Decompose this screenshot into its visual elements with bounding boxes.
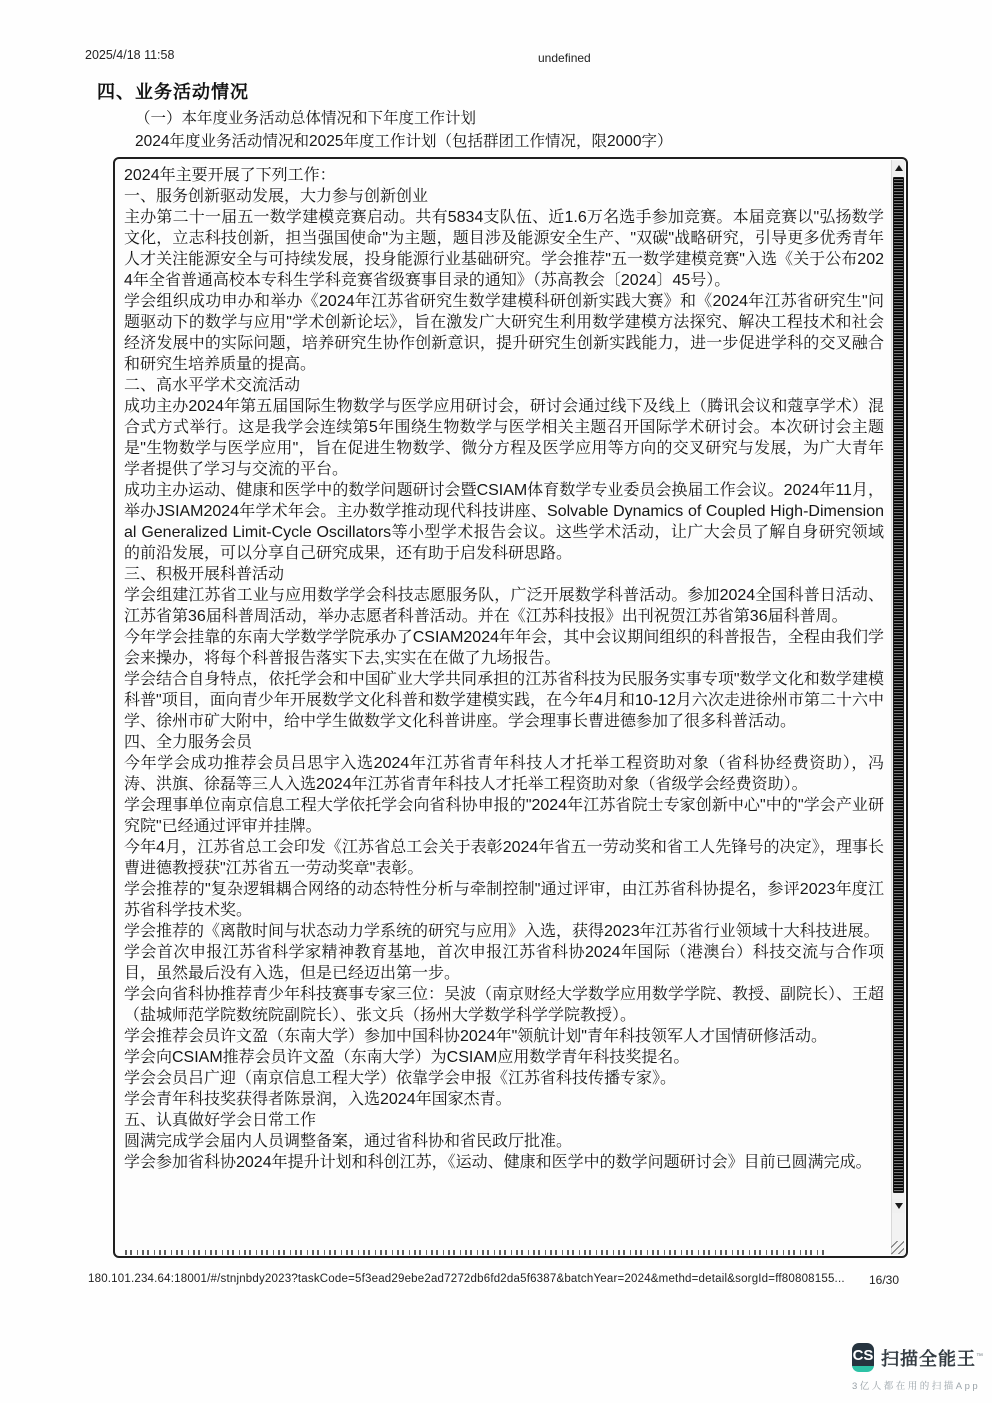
activity-report-text[interactable]: 2024年主要开展了下列工作：一、服务创新驱动发展，大力参与创新创业主办第二十一… [124, 165, 884, 1252]
report-paragraph: 学会向省科协推荐青少年科技赛事专家三位：吴波（南京财经大学数学应用数学学院、教授… [124, 984, 884, 1026]
clipped-text-line [125, 1250, 825, 1255]
section-description: 2024年度业务活动情况和2025年度工作计划（包括群团工作情况，限2000字） [135, 129, 672, 151]
report-paragraph: 学会向CSIAM推荐会员许文盈（东南大学）为CSIAM应用数学青年科技奖提名。 [124, 1047, 884, 1068]
camscanner-branding: CS 扫描全能王™ 3亿人都在用的扫描App [852, 1343, 984, 1392]
report-paragraph: 学会推荐的《离散时间与状态动力学系统的研究与应用》入选，获得2023年江苏省行业… [124, 921, 884, 942]
activity-report-textarea[interactable]: 2024年主要开展了下列工作：一、服务创新驱动发展，大力参与创新创业主办第二十一… [113, 157, 908, 1258]
arrow-up-icon [895, 165, 903, 171]
scanned-document-page: 2025/4/18 11:58 undefined 四、业务活动情况 （一）本年… [0, 0, 992, 1403]
report-paragraph: 学会结合自身特点，依托学会和中国矿业大学共同承担的江苏省科技为民服务实事专项"数… [124, 669, 884, 732]
page-number: 16/30 [869, 1273, 899, 1287]
logo-letters: CS [853, 1347, 874, 1364]
report-paragraph: 成功主办运动、健康和医学中的数学问题研讨会暨CSIAM体育数学专业委员会换届工作… [124, 480, 884, 564]
brand-name-text: 扫描全能王 [881, 1349, 976, 1369]
report-paragraph: 学会推荐会员许文盈（东南大学）参加中国科协2024年"领航计划"青年科技领军人才… [124, 1026, 884, 1047]
report-paragraph: 学会青年科技奖获得者陈景润，入选2024年国家杰青。 [124, 1089, 884, 1110]
trademark-symbol: ™ [976, 1353, 984, 1360]
report-paragraph: 学会理事单位南京信息工程大学依托学会向省科协申报的"2024年江苏省院士专家创新… [124, 795, 884, 837]
print-doc-title: undefined [538, 51, 591, 65]
report-paragraph: 一、服务创新驱动发展，大力参与创新创业 [124, 186, 884, 207]
report-paragraph: 四、全力服务会员 [124, 732, 884, 753]
report-paragraph: 今年4月，江苏省总工会印发《江苏省总工会关于表彰2024年省五一劳动奖和省工人先… [124, 837, 884, 879]
report-paragraph: 学会组织成功申办和举办《2024年江苏省研究生数学建模科研创新实践大赛》和《20… [124, 291, 884, 375]
report-paragraph: 学会参加省科协2024年提升计划和科创江苏，《运动、健康和医学中的数学问题研讨会… [124, 1152, 884, 1173]
report-paragraph: 学会会员吕广迎（南京信息工程大学）依靠学会申报《江苏省科技传播专家》。 [124, 1068, 884, 1089]
section-heading: 四、业务活动情况 [97, 78, 249, 104]
report-paragraph: 2024年主要开展了下列工作： [124, 165, 884, 186]
scroll-up-button[interactable] [892, 161, 905, 175]
report-paragraph: 学会推荐的"复杂逻辑耦合网络的动态特性分析与牵制控制"通过评审，由江苏省科协提名… [124, 879, 884, 921]
section-subheading: （一）本年度业务活动总体情况和下年度工作计划 [135, 106, 476, 128]
report-paragraph: 成功主办2024年第五届国际生物数学与医学应用研讨会，研讨会通过线下及线上（腾讯… [124, 396, 884, 480]
scrollbar-thumb[interactable] [893, 177, 904, 1193]
report-paragraph: 五、认真做好学会日常工作 [124, 1110, 884, 1131]
vertical-scrollbar[interactable] [891, 160, 905, 1255]
print-datetime: 2025/4/18 11:58 [85, 48, 174, 62]
report-paragraph: 主办第二十一届五一数学建模竞赛启动。共有5834支队伍、近1.6万名选手参加竞赛… [124, 207, 884, 291]
brand-tagline: 3亿人都在用的扫描App [852, 1378, 984, 1392]
brand-name: 扫描全能王™ [881, 1345, 984, 1371]
resize-grip-icon[interactable] [891, 1241, 904, 1254]
report-paragraph: 学会组建江苏省工业与应用数学学会科技志愿服务队，广泛开展数学科普活动。参加202… [124, 585, 884, 627]
report-paragraph: 学会首次申报江苏省科学家精神教育基地，首次申报江苏省科协2024年国际（港澳台）… [124, 942, 884, 984]
arrow-down-icon [895, 1203, 903, 1209]
report-paragraph: 今年学会挂靠的东南大学数学学院承办了CSIAM2024年年会，其中会议期间组织的… [124, 627, 884, 669]
report-paragraph: 三、积极开展科普活动 [124, 564, 884, 585]
footer-url: 180.101.234.64:18001/#/stnjnbdy2023?task… [88, 1273, 845, 1285]
scroll-down-button[interactable] [892, 1199, 905, 1213]
report-paragraph: 圆满完成学会届内人员调整备案，通过省科协和省民政厅批准。 [124, 1131, 884, 1152]
camscanner-logo-icon: CS [852, 1343, 874, 1372]
report-paragraph: 二、高水平学术交流活动 [124, 375, 884, 396]
report-paragraph: 今年学会成功推荐会员吕思宇入选2024年江苏省青年科技人才托举工程资助对象（省科… [124, 753, 884, 795]
